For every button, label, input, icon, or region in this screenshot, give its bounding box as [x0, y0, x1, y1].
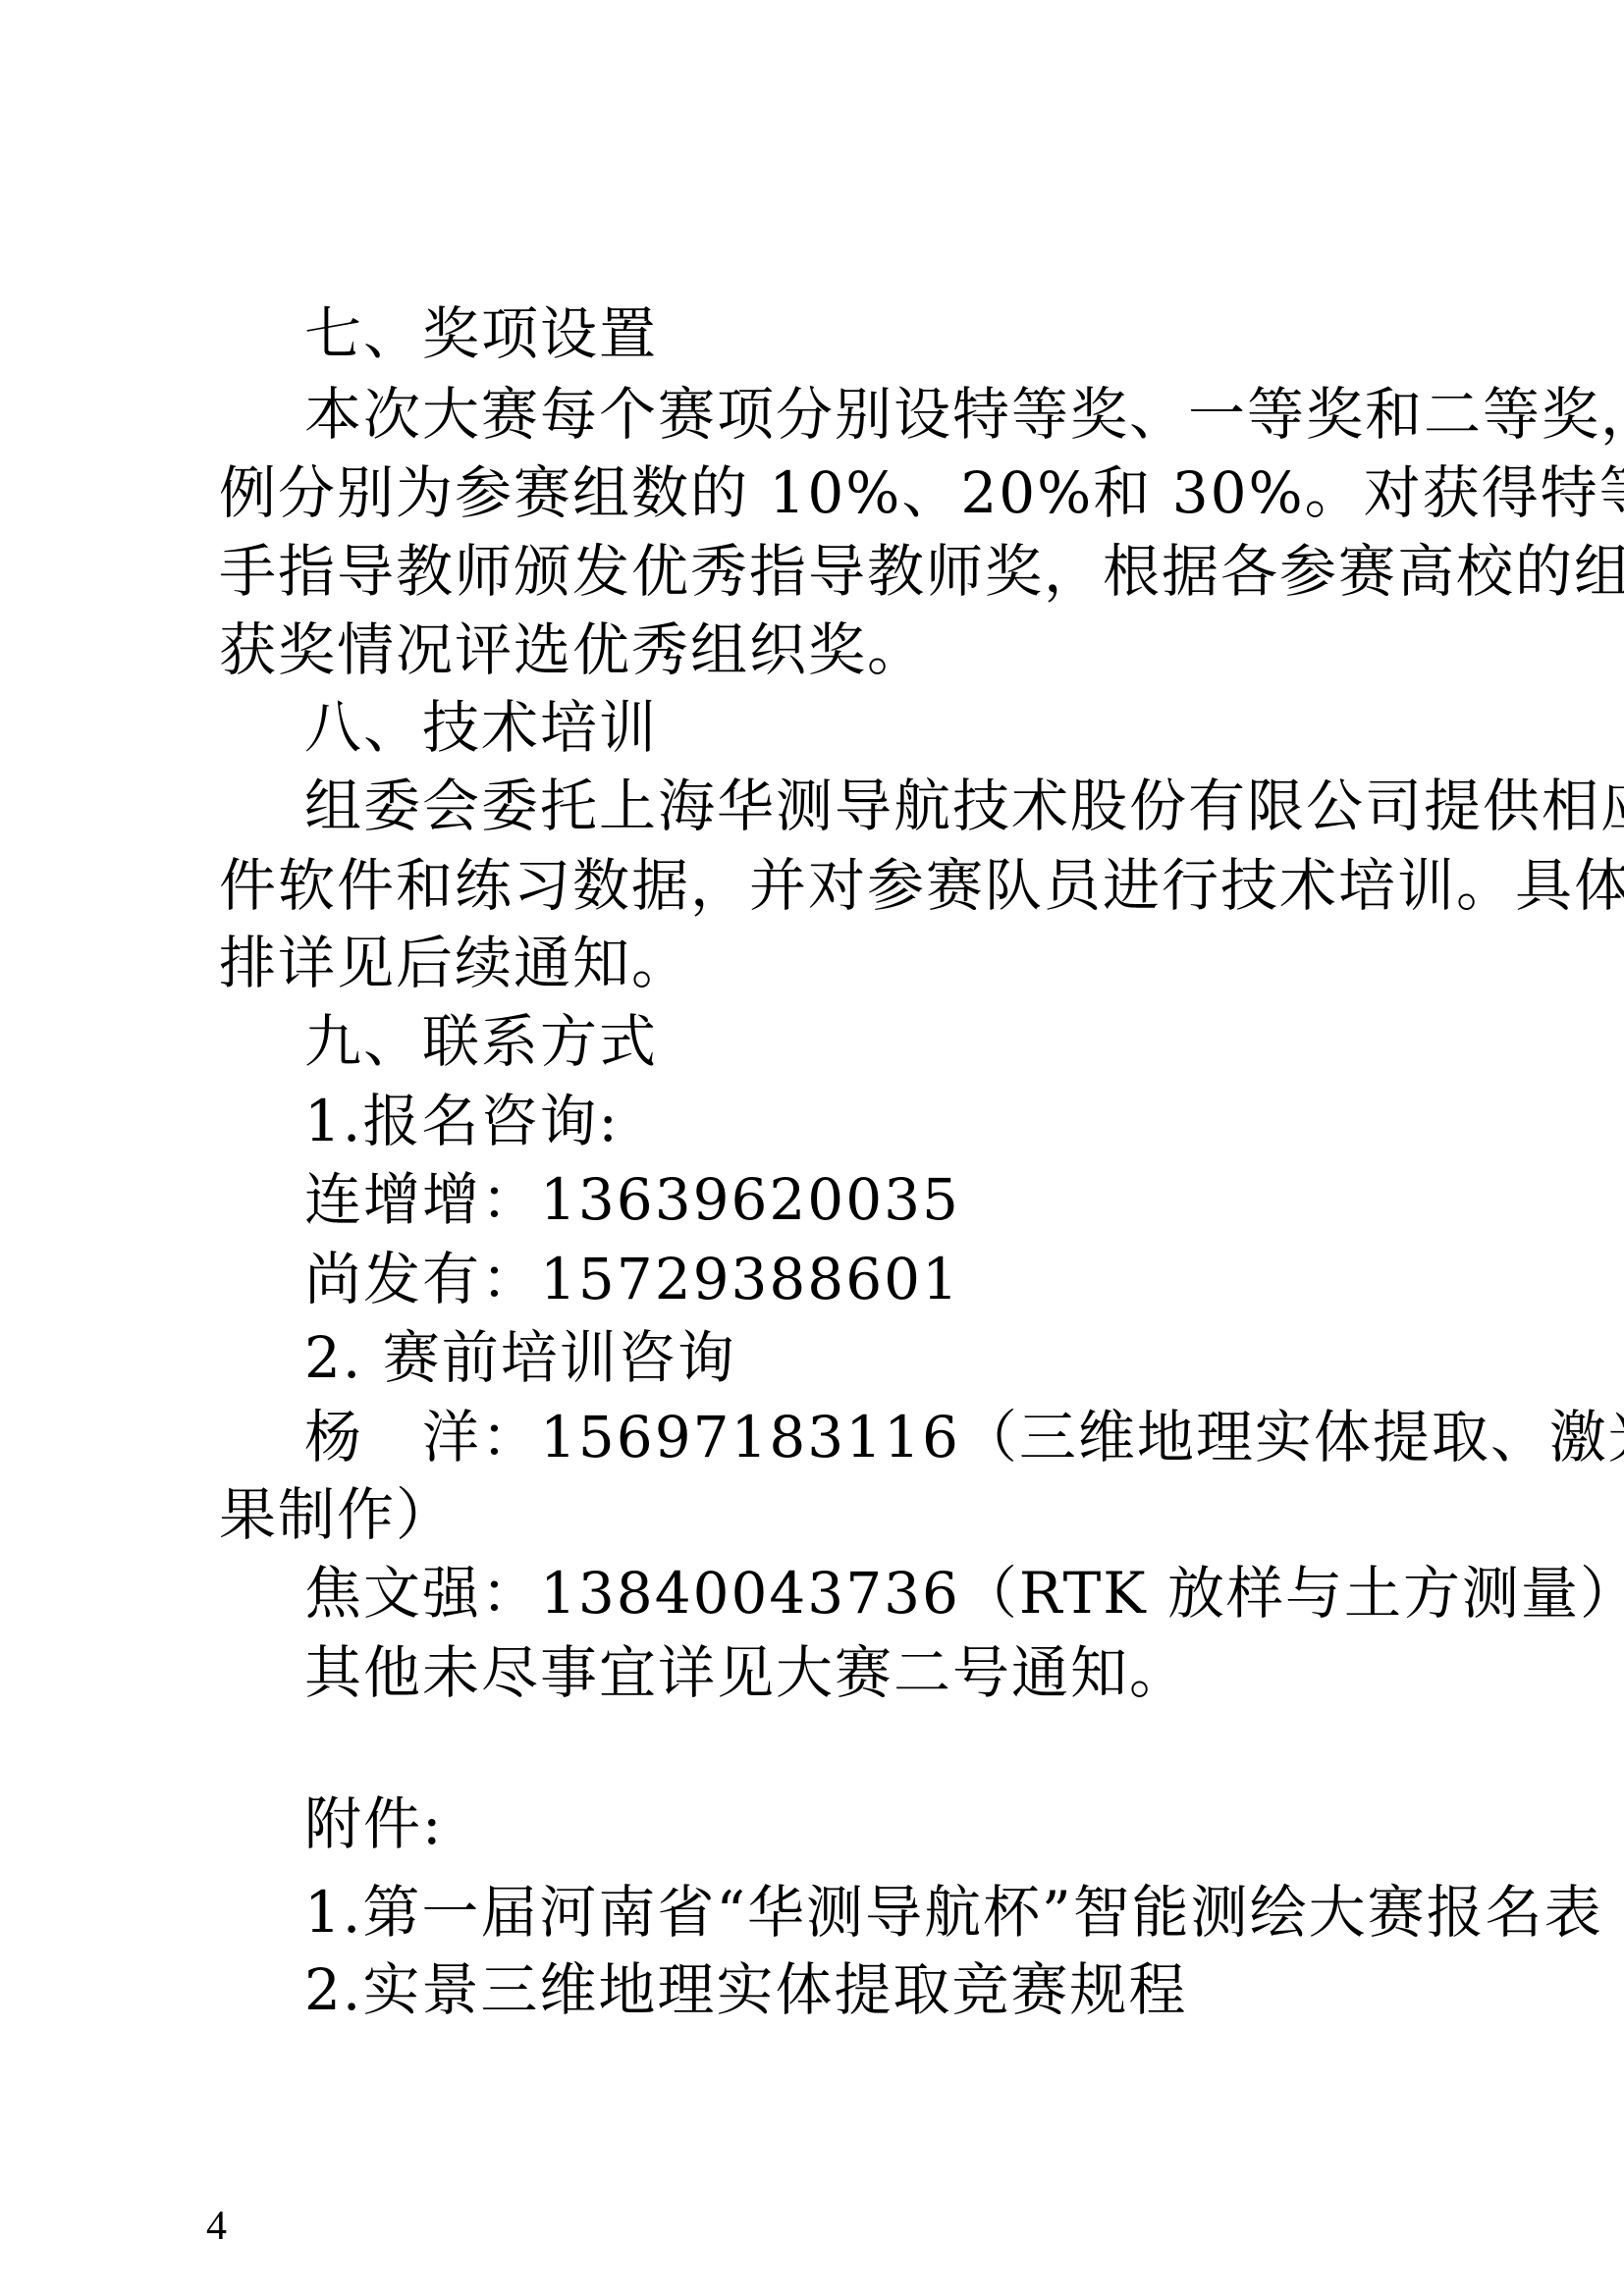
training-paragraph-line-3: 排详见后续通知。 — [219, 924, 1422, 1002]
attachment-item-2[interactable]: 2.实景三维地理实体提取竞赛规程 — [304, 1950, 1424, 2029]
training-inquiry-label: 2. 赛前培训咨询 — [304, 1318, 1424, 1397]
awards-paragraph-line-3: 手指导教师颁发优秀指导教师奖，根据各参赛高校的组织参赛与 — [219, 532, 1422, 611]
contact-training-1-line-2: 果制作） — [219, 1475, 1422, 1554]
section-heading-awards: 七、奖项设置 — [304, 294, 1424, 373]
document-page: 七、奖项设置 本次大赛每个赛项分别设特等奖、一等奖和二等奖，获奖比 例分别为参赛… — [0, 0, 1624, 2296]
contact-training-2: 焦文强：13840043736（RTK 放样与土方测量） — [304, 1554, 1424, 1632]
attachment-item-1[interactable]: 1.第一届河南省“华测导航杯”智能测绘大赛报名表 — [304, 1873, 1424, 1951]
registration-inquiry-label: 1.报名咨询: — [304, 1082, 1424, 1160]
awards-paragraph-line-4: 获奖情况评选优秀组织奖。 — [219, 611, 1422, 689]
awards-paragraph-line-1: 本次大赛每个赛项分别设特等奖、一等奖和二等奖，获奖比 — [304, 375, 1424, 454]
contact-registration-1: 连增增：13639620035 — [304, 1160, 1424, 1239]
awards-paragraph-line-2: 例分别为参赛组数的 10%、20%和 30%。对获得特等奖的参赛选 — [219, 454, 1422, 532]
contact-registration-2: 尚发有：15729388601 — [304, 1240, 1424, 1318]
training-paragraph-line-2: 件软件和练习数据，并对参赛队员进行技术培训。具体时间及安 — [219, 846, 1422, 925]
page-number: 4 — [206, 2199, 227, 2254]
attachments-label: 附件: — [304, 1785, 1424, 1863]
closing-note: 其他未尽事宜详见大赛二号通知。 — [304, 1633, 1424, 1712]
section-heading-contact: 九、联系方式 — [304, 1002, 1424, 1081]
training-paragraph-line-1: 组委会委托上海华测导航技术股份有限公司提供相应的硬 — [304, 767, 1424, 845]
section-heading-training: 八、技术培训 — [304, 688, 1424, 767]
contact-training-1-line-1: 杨 洋：15697183116（三维地理实体提取、激光雷达地形成 — [304, 1398, 1424, 1476]
